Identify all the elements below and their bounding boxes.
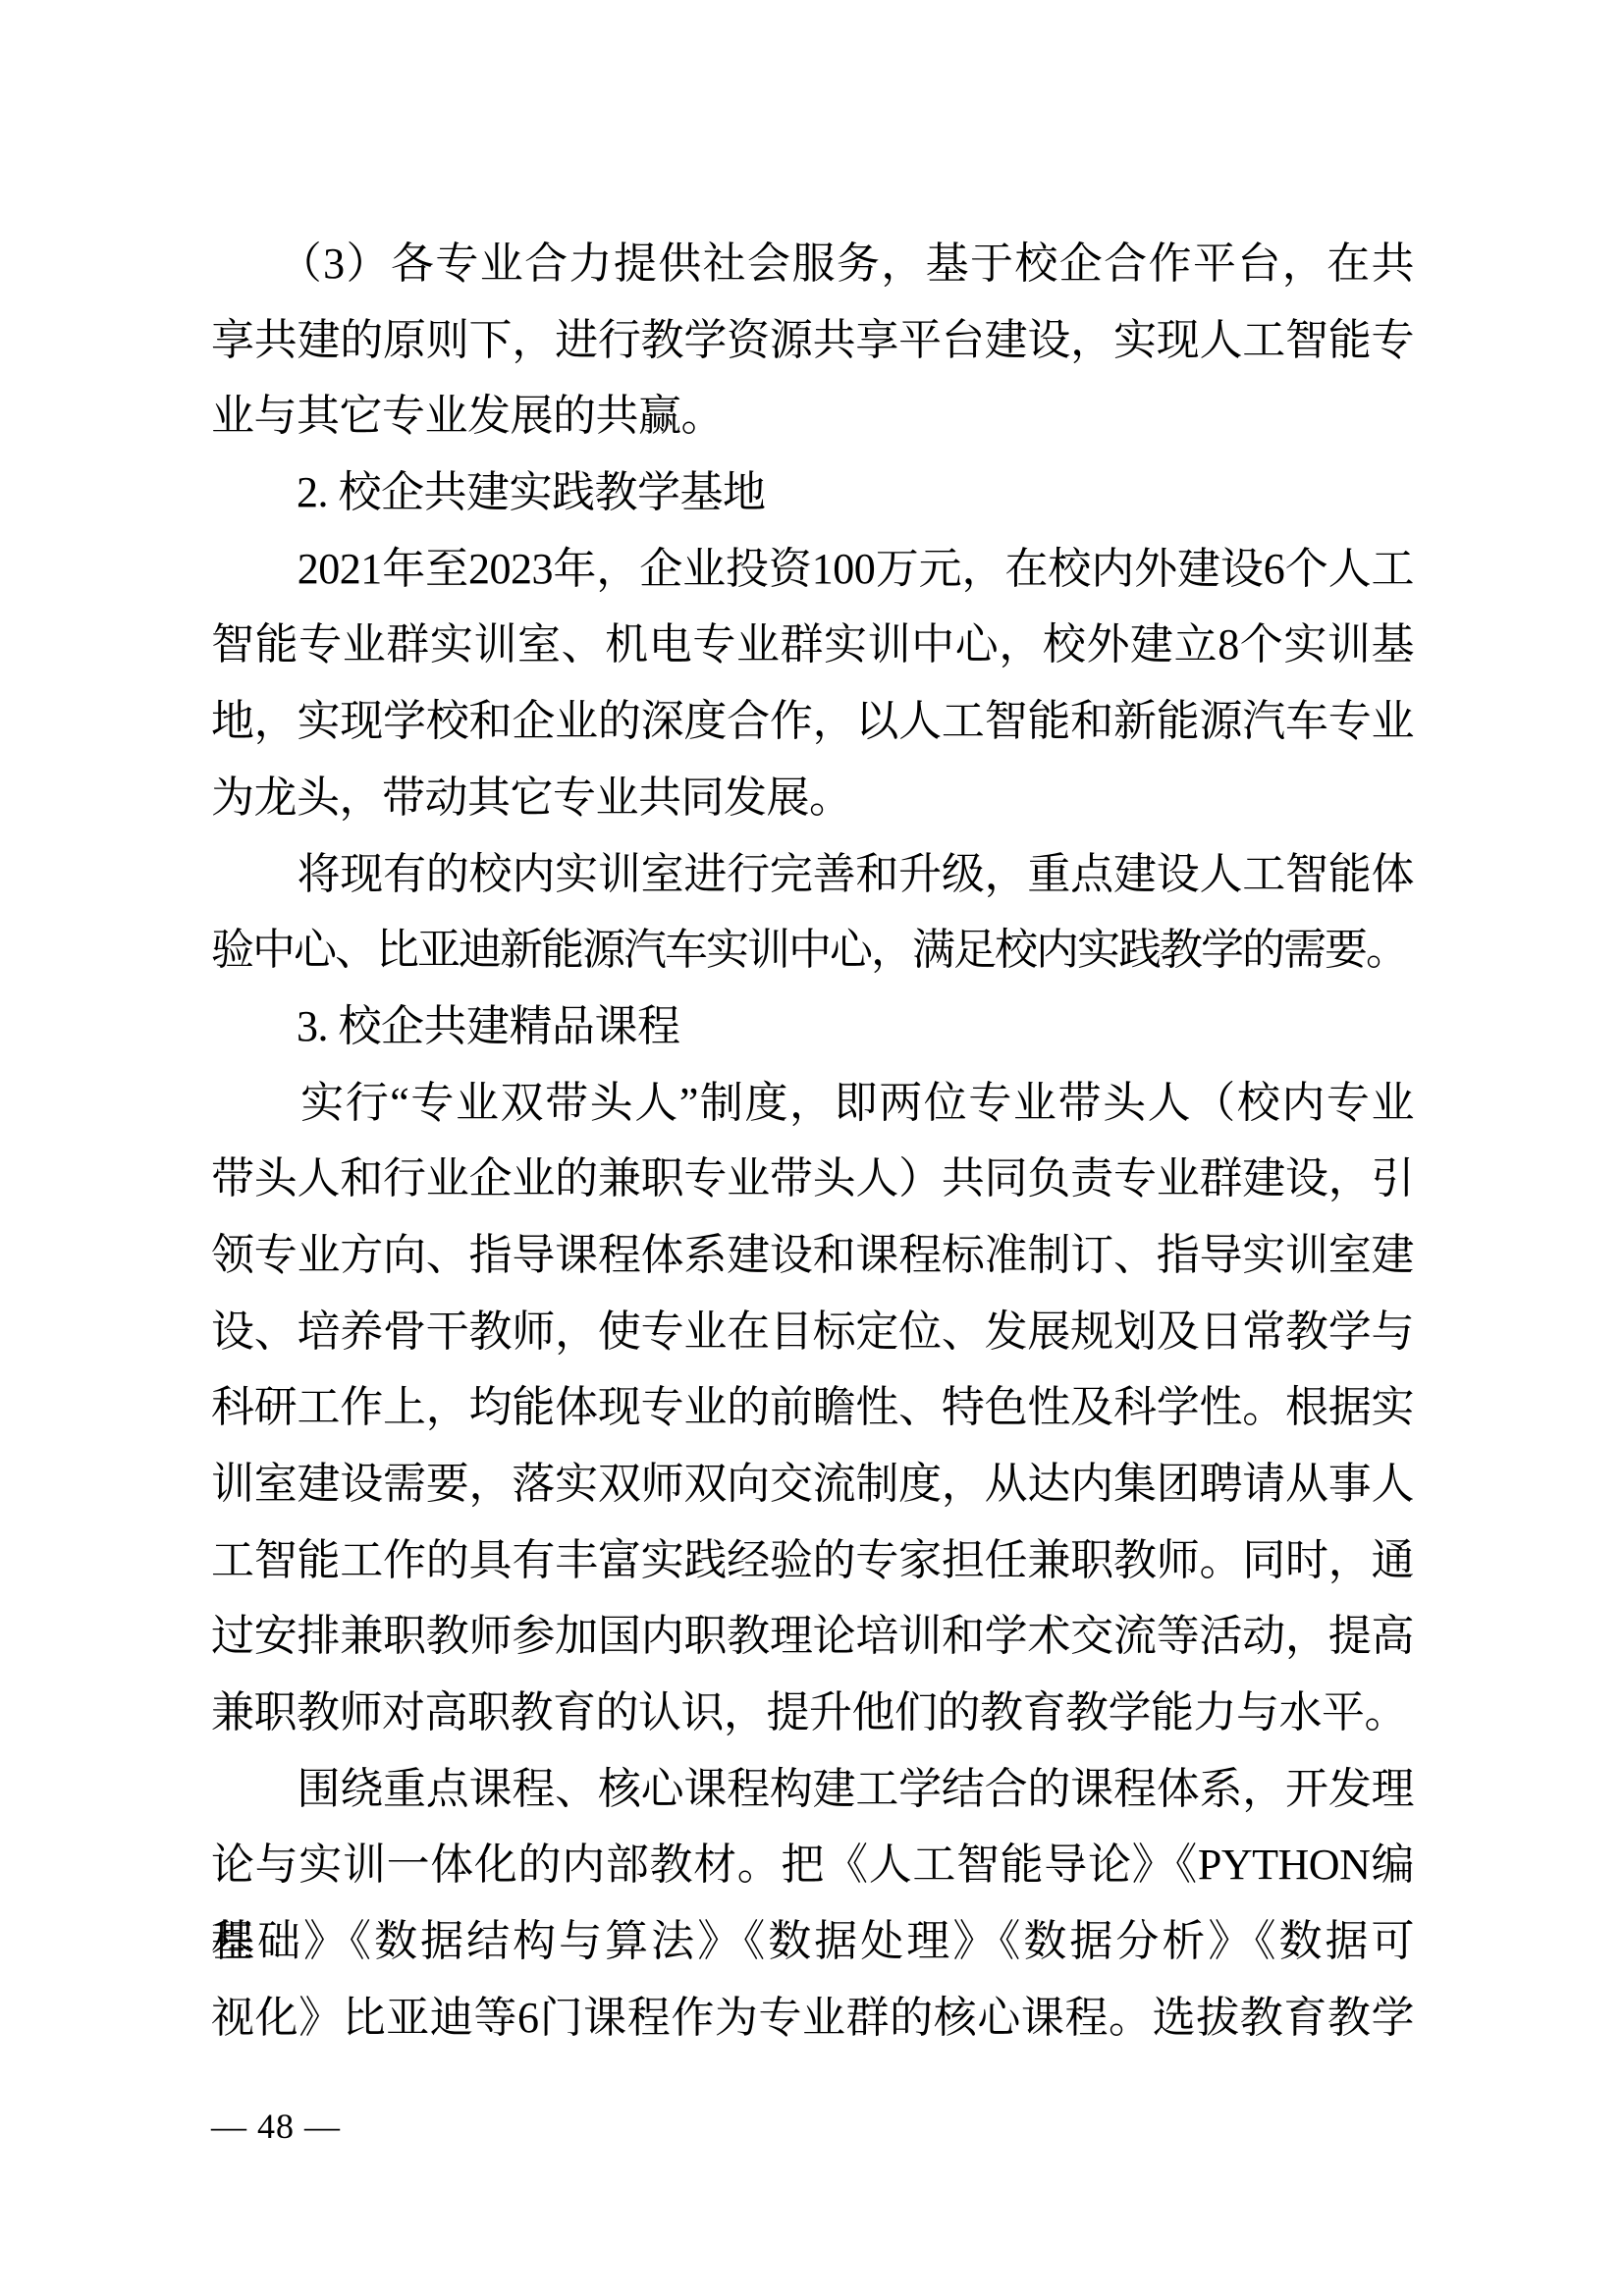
text-line: （3）各专业合力提供社会服务，基于校企合作平台，在共 xyxy=(211,226,1414,302)
text-line: 训室建设需要，落实双师双向交流制度，从达内集团聘请从事人 xyxy=(211,1446,1414,1522)
text-line: 验中心、比亚迪新能源汽车实训中心，满足校内实践教学的需要。 xyxy=(211,912,1414,988)
text-line: 享共建的原则下，进行教学资源共享平台建设，实现人工智能专 xyxy=(211,302,1414,379)
text-line: 视化》比亚迪等6门课程作为专业群的核心课程。选拔教育教学 xyxy=(211,1980,1414,2056)
page-number: — 48 — xyxy=(211,2107,341,2146)
text-line-heading: 2. 校企共建实践教学基地 xyxy=(211,454,1414,531)
text-line: 业与其它专业发展的共赢。 xyxy=(211,378,1414,454)
text-line-heading: 3. 校企共建精品课程 xyxy=(211,988,1414,1065)
text-line: 科研工作上，均能体现专业的前瞻性、特色性及科学性。根据实 xyxy=(211,1369,1414,1446)
text-line: 设、培养骨干教师，使专业在目标定位、发展规划及日常教学与 xyxy=(211,1294,1414,1370)
text-line: 实行“专业双带头人”制度，即两位专业带头人（校内专业 xyxy=(211,1065,1414,1142)
text-line: 论与实训一体化的内部教材。把《人工智能导论》《PYTHON编程 xyxy=(211,1827,1414,1903)
text-line: 为龙头，带动其它专业共同发展。 xyxy=(211,760,1414,836)
text-line: 地，实现学校和企业的深度合作，以人工智能和新能源汽车专业 xyxy=(211,683,1414,760)
document-page: （3）各专业合力提供社会服务，基于校企合作平台，在共 享共建的原则下，进行教学资… xyxy=(0,0,1624,2296)
document-body: （3）各专业合力提供社会服务，基于校企合作平台，在共 享共建的原则下，进行教学资… xyxy=(211,226,1414,2056)
text-line: 2021年至2023年，企业投资100万元，在校内外建设6个人工 xyxy=(211,531,1414,608)
text-line: 兼职教师对高职教育的认识，提升他们的教育教学能力与水平。 xyxy=(211,1675,1414,1751)
text-line: 智能专业群实训室、机电专业群实训中心，校外建立8个实训基 xyxy=(211,607,1414,683)
text-line: 围绕重点课程、核心课程构建工学结合的课程体系，开发理 xyxy=(211,1751,1414,1828)
text-line: 将现有的校内实训室进行完善和升级，重点建设人工智能体 xyxy=(211,836,1414,913)
text-line: 基础》《数据结构与算法》《数据处理》《数据分析》《数据可 xyxy=(211,1903,1414,1980)
text-line: 领专业方向、指导课程体系建设和课程标准制订、指导实训室建 xyxy=(211,1217,1414,1294)
text-line: 带头人和行业企业的兼职专业带头人）共同负责专业群建设，引 xyxy=(211,1141,1414,1217)
text-line: 工智能工作的具有丰富实践经验的专家担任兼职教师。同时，通 xyxy=(211,1522,1414,1599)
text-line: 过安排兼职教师参加国内职教理论培训和学术交流等活动，提高 xyxy=(211,1598,1414,1675)
